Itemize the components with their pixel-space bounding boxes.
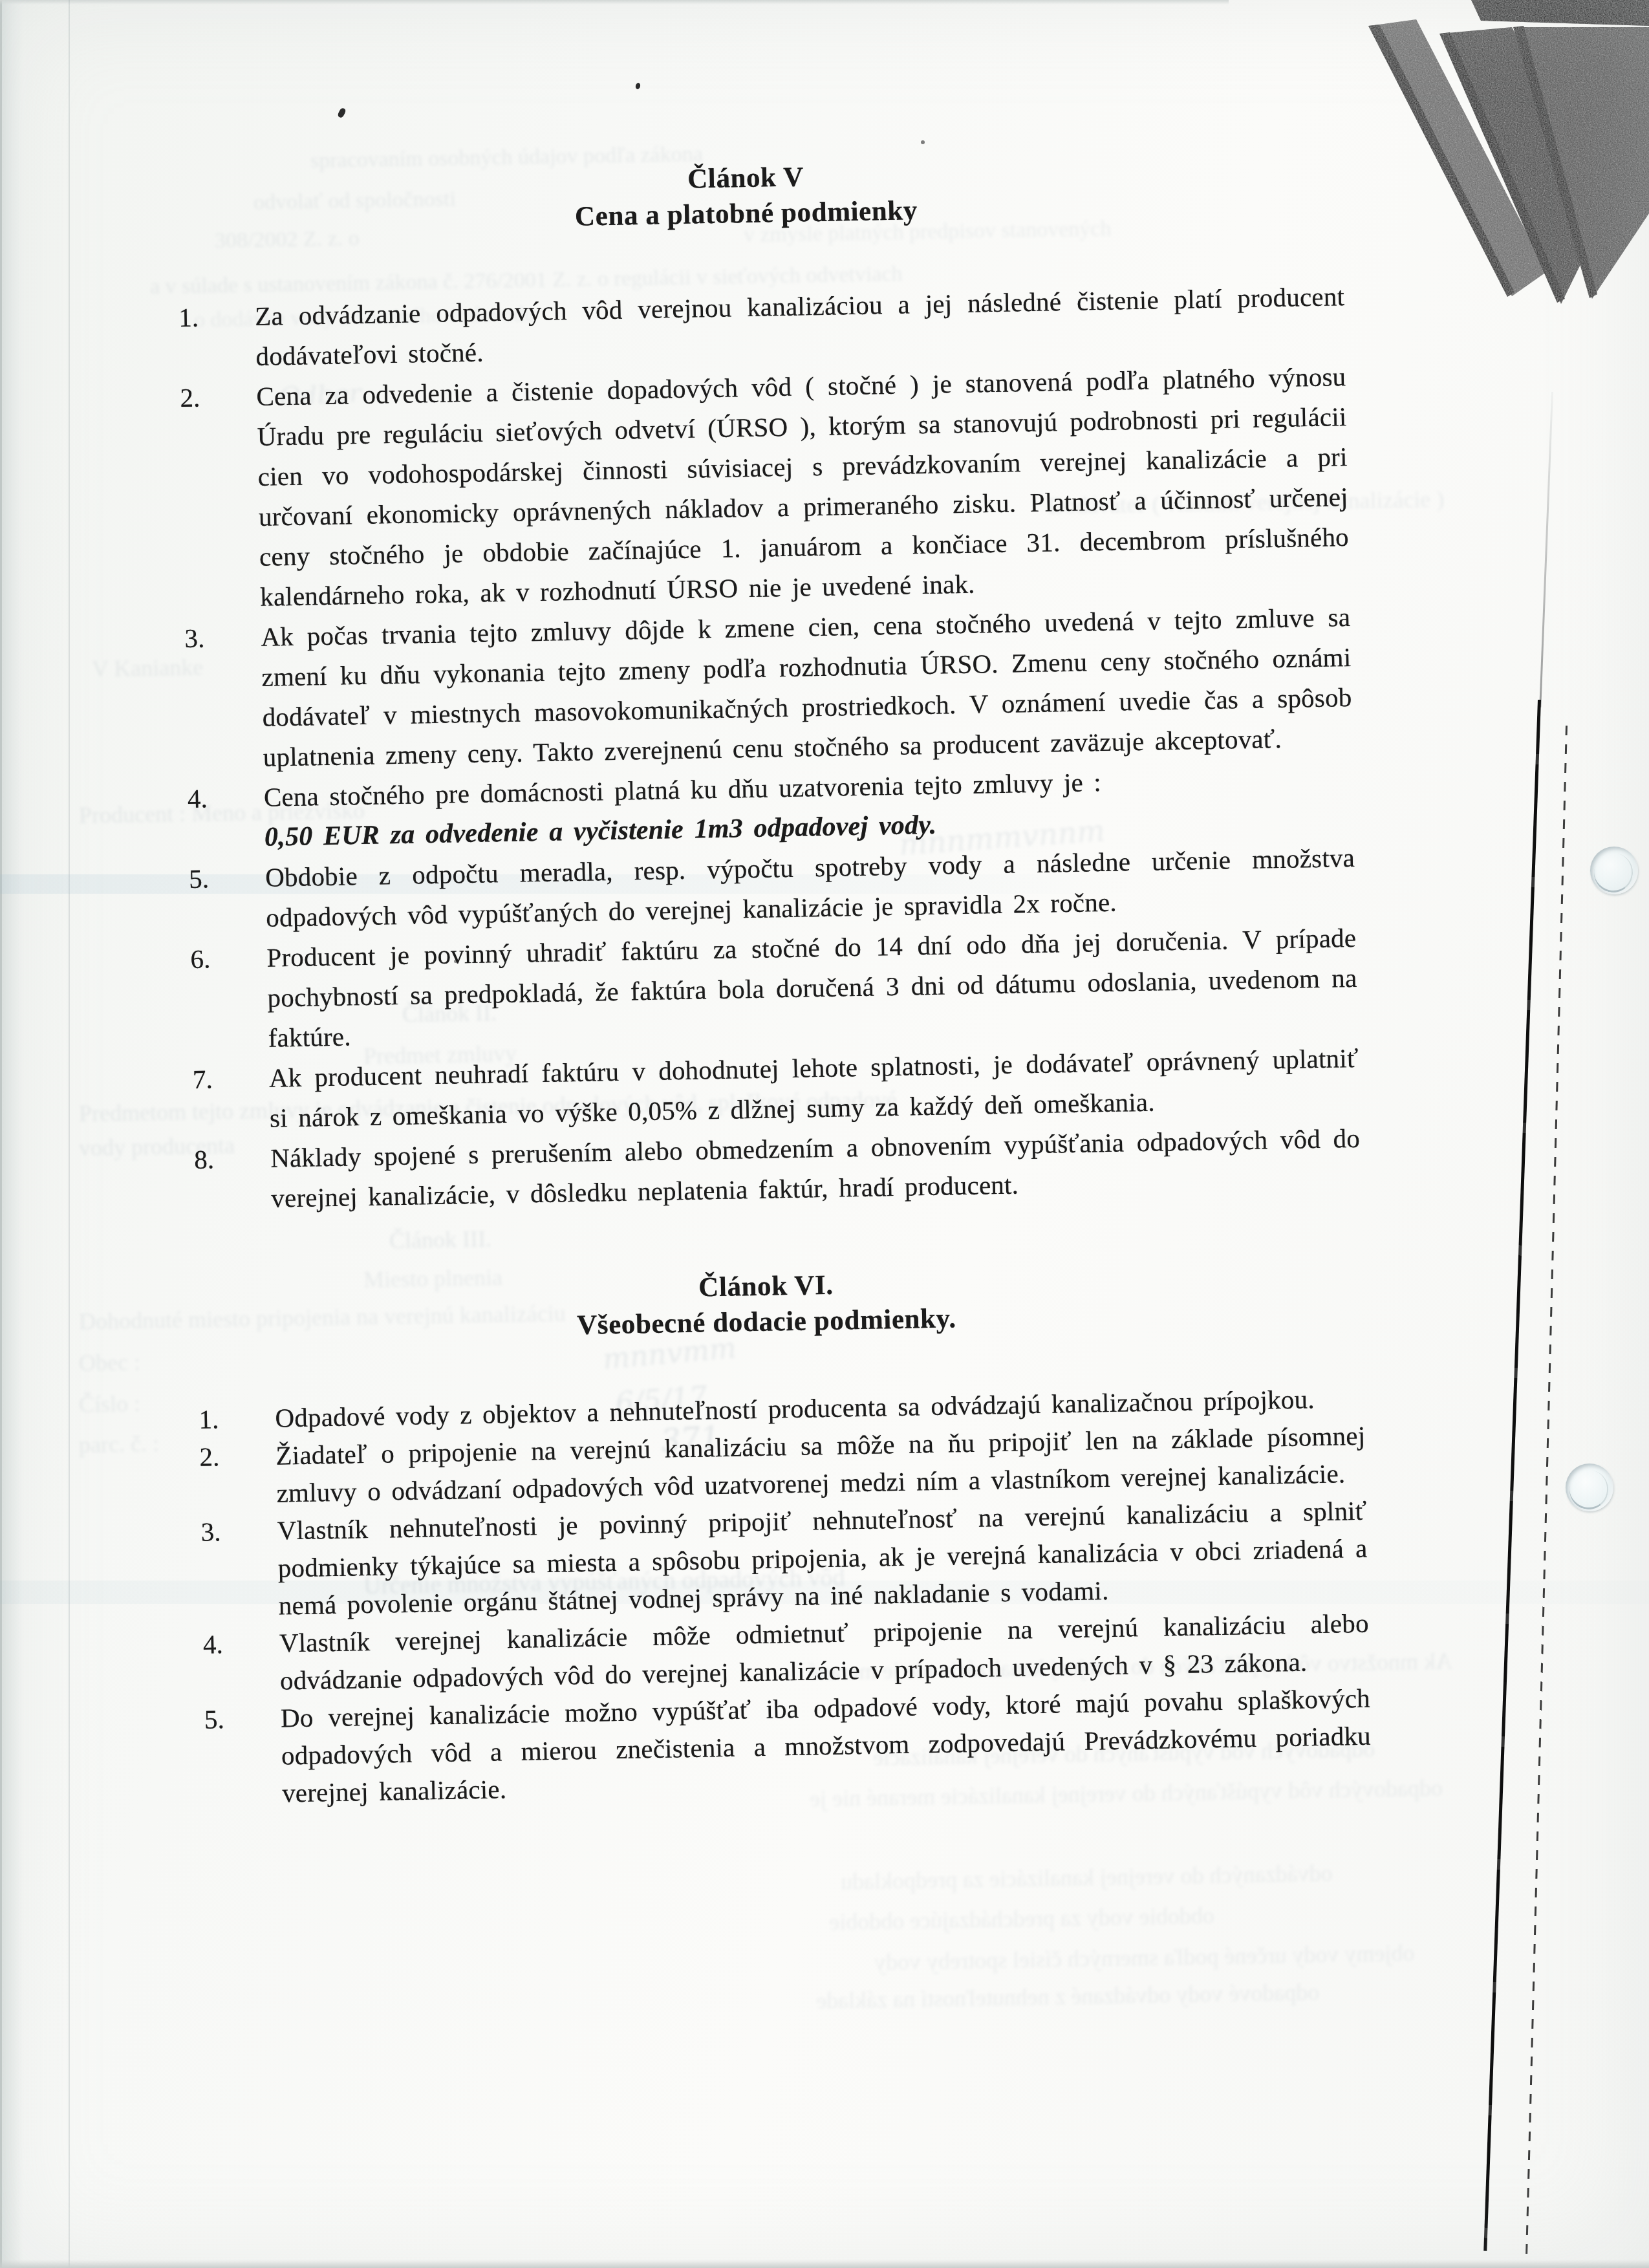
item-number: 2. bbox=[153, 376, 257, 418]
bottom-scan-edge bbox=[0, 2260, 1649, 2268]
contract-text-block: Článok V Cena a platobné podmienky 1.Za … bbox=[149, 149, 1372, 1813]
item-number: 1. bbox=[171, 1399, 275, 1439]
left-scan-edge bbox=[0, 0, 23, 2268]
list-item: 3.Vlastník nehnuteľnosti je povinný prip… bbox=[173, 1492, 1368, 1626]
left-scan-hairline bbox=[0, 0, 2, 2268]
item-text: Producent je povinný uhradiť faktúru za … bbox=[266, 918, 1358, 1058]
item-number: 1. bbox=[151, 296, 255, 338]
item-number: 4. bbox=[175, 1625, 279, 1664]
scanned-page: spracovaním osobných údajov podľa zákona… bbox=[0, 0, 1649, 2268]
vertical-streak-lead bbox=[1539, 392, 1553, 707]
item-text: Do verejnej kanalizácie možno vypúšťať i… bbox=[280, 1679, 1372, 1812]
item-number: 4. bbox=[160, 777, 264, 819]
list-item: 3.Ak počas trvania tejto zmluvy dôjde k … bbox=[157, 597, 1353, 779]
item-number: 5. bbox=[177, 1700, 281, 1739]
item-number: 6. bbox=[163, 938, 267, 980]
bleedthrough-fragment: parc. č. : bbox=[79, 1430, 160, 1458]
ink-speck bbox=[921, 140, 925, 144]
ink-speck bbox=[635, 82, 641, 89]
list-item: 2.Cena za odvedenie a čistenie dopadovýc… bbox=[153, 356, 1350, 619]
list-item: 5.Do verejnej kanalizácie možno vypúšťať… bbox=[177, 1679, 1372, 1814]
bleedthrough-fragment: odpadové vody odvádzané z nehnuteľností … bbox=[816, 1978, 1320, 2014]
item-number: 7. bbox=[165, 1058, 269, 1100]
ink-speck bbox=[337, 107, 347, 118]
item-number: 5. bbox=[162, 858, 266, 900]
item-text: Cena za odvedenie a čistenie dopadových … bbox=[256, 356, 1350, 617]
article6-items: 1.Odpadové vody z objektov a nehnuteľnos… bbox=[171, 1379, 1372, 1814]
bleedthrough-fragment: Číslo : bbox=[79, 1390, 141, 1418]
bleedthrough-fragment: obdobie vody za predchádzajúce obdobie bbox=[829, 1902, 1214, 1936]
item-number: 3. bbox=[157, 617, 261, 659]
page-crease-line bbox=[69, 0, 70, 2268]
list-item: 6.Producent je povinný uhradiť faktúru z… bbox=[163, 918, 1358, 1060]
item-text: Ak počas trvania tejto zmluvy dôjde k zm… bbox=[261, 597, 1353, 777]
hole-punch-bottom bbox=[1566, 1463, 1613, 1511]
item-number: 2. bbox=[172, 1437, 276, 1476]
bleedthrough-fragment: odvádzaných do verejnej kanalizácie za p… bbox=[841, 1859, 1333, 1895]
article5-items: 1.Za odvádzanie odpadových vôd verejnou … bbox=[151, 276, 1361, 1220]
bleedthrough-fragment: objemy vody určené podľa smerných čísiel… bbox=[874, 1939, 1415, 1976]
item-number: 3. bbox=[173, 1512, 277, 1551]
bleedthrough-fragment: Obec : bbox=[79, 1348, 141, 1377]
hole-punch-top bbox=[1590, 847, 1638, 894]
corner-black-strip bbox=[1471, 0, 1649, 26]
item-text: Vlastník nehnuteľnosti je povinný pripoj… bbox=[277, 1492, 1368, 1625]
item-number: 8. bbox=[167, 1138, 271, 1180]
top-scan-edge bbox=[0, 0, 1229, 5]
